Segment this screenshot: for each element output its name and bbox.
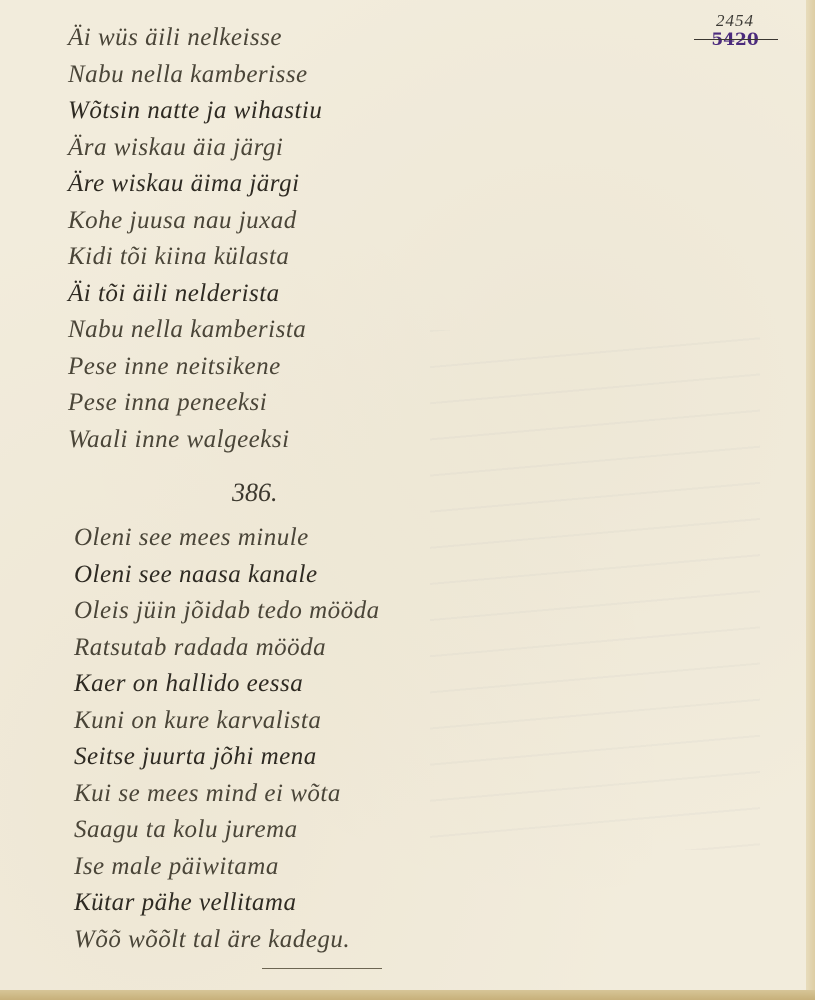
poem-line: Ära wiskau äia järgi bbox=[68, 130, 588, 167]
poem-line: Äre wiskau äima järgi bbox=[68, 166, 588, 203]
poem-line: Kohe juusa nau juxad bbox=[68, 203, 588, 240]
archive-number-stamp-crossed: 5420 bbox=[700, 30, 770, 50]
archive-number-block: 2454 5420 bbox=[700, 12, 770, 50]
poem-line: Waali inne walgeeksi bbox=[68, 422, 588, 459]
poem-line: Oleni see mees minule bbox=[74, 520, 594, 557]
poem-line: Saagu ta kolu jurema bbox=[74, 812, 594, 849]
poem-line: Kidi tõi kiina külasta bbox=[68, 239, 588, 276]
poem-line: Kuni on kure karvalista bbox=[74, 703, 594, 740]
poem-line: Ratsutab radada mööda bbox=[74, 630, 594, 667]
poem-line: Kaer on hallido eessa bbox=[74, 666, 594, 703]
manuscript-page: 2454 5420 Äi wüs äili nelkeisse Nabu nel… bbox=[0, 0, 807, 992]
poem-line: Oleni see naasa kanale bbox=[74, 557, 594, 594]
poem-line: Ise male päiwitama bbox=[74, 849, 594, 886]
page-stack-edge-right bbox=[806, 0, 815, 1000]
poem-line: Pese inne neitsikene bbox=[68, 349, 588, 386]
poem-line: Äi wüs äili nelkeisse bbox=[68, 20, 588, 57]
poem-line: Pese inna peneeksi bbox=[68, 385, 588, 422]
poem-line: Seitse juurta jõhi mena bbox=[74, 739, 594, 776]
poem-line: Kütar pähe vellitama bbox=[74, 885, 594, 922]
poem-line: Oleis jüin jõidab tedo mööda bbox=[74, 593, 594, 630]
poem-line: Nabu nella kamberista bbox=[68, 312, 588, 349]
poem-2: Oleni see mees minule Oleni see naasa ka… bbox=[74, 520, 594, 958]
poem-line: Wõõ wõõlt tal äre kadegu. bbox=[74, 922, 594, 959]
song-number: 386. bbox=[232, 478, 278, 508]
poem-line: Wõtsin natte ja wihastiu bbox=[68, 93, 588, 130]
page-stack-edge-bottom bbox=[0, 990, 815, 1000]
poem-line: Nabu nella kamberisse bbox=[68, 57, 588, 94]
poem-1: Äi wüs äili nelkeisse Nabu nella kamberi… bbox=[68, 20, 588, 458]
poem-line: Kui se mees mind ei wõta bbox=[74, 776, 594, 813]
poem-line: Äi tõi äili nelderista bbox=[68, 276, 588, 313]
end-divider-line bbox=[262, 968, 382, 969]
archive-number-handwritten: 2454 bbox=[700, 12, 770, 30]
